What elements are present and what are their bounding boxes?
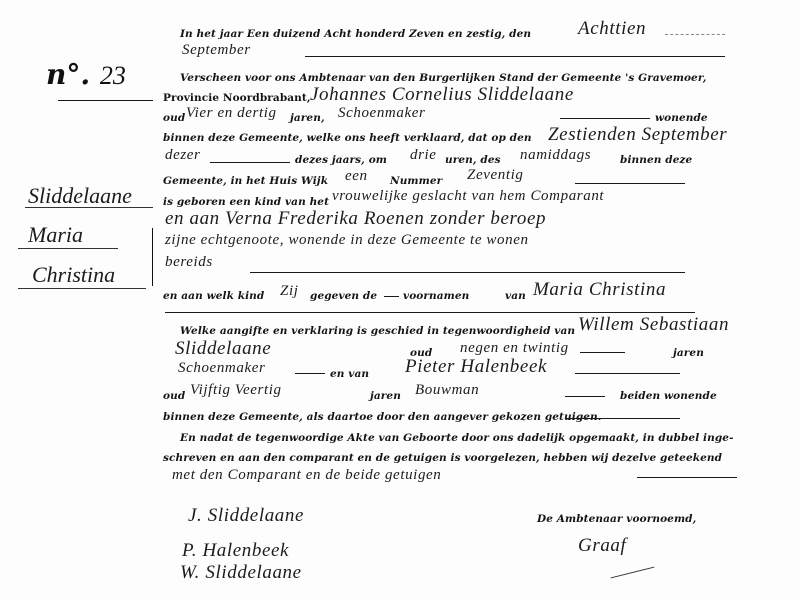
fill-line <box>210 162 290 163</box>
printed-text: oud <box>163 390 185 402</box>
official-label: De Ambtenaar voornoemd, <box>537 513 696 525</box>
signature-official: Graaf <box>578 535 626 557</box>
document-page: n°. 23 Sliddelaane Maria Christina In he… <box>0 0 800 600</box>
printed-text: Welke aangifte en verklaring is geschied… <box>180 325 575 337</box>
fill-line <box>305 56 725 57</box>
printed-text: voornamen <box>403 290 469 302</box>
handwritten-child-names: Maria Christina <box>533 279 666 301</box>
handwritten-father-name: Johannes Cornelius Sliddelaane <box>310 84 574 106</box>
printed-text: oud <box>163 112 185 124</box>
printed-text: jaren, <box>290 112 325 124</box>
record-number-value: 23 <box>100 61 126 90</box>
margin-surname: Sliddelaane <box>28 183 132 209</box>
handwritten-witness-2-age: Vijftig Veertig <box>190 382 282 399</box>
record-number-underline <box>58 100 153 101</box>
fill-line <box>580 352 625 353</box>
record-number: n°. 23 <box>46 58 126 91</box>
printed-text: van <box>505 290 526 302</box>
handwritten-witness-1-age: negen en twintig <box>460 340 569 357</box>
fill-line <box>560 118 650 119</box>
printed-text: en van <box>330 368 369 380</box>
margin-underline <box>25 207 153 208</box>
fill-line <box>565 418 680 419</box>
printed-text: binnen deze Gemeente, als daartoe door d… <box>163 411 602 423</box>
handwritten-house-number: Zeventig <box>467 167 523 184</box>
handwritten-text: dezer <box>165 147 201 164</box>
margin-given-name-2: Christina <box>32 262 115 288</box>
handwritten-pronoun: Zij <box>280 283 298 300</box>
handwritten-day: Achttien <box>578 18 646 40</box>
handwritten-mother-status: zijne echtgenoote, wonende in deze Gemee… <box>165 232 529 249</box>
fill-line <box>637 477 737 478</box>
printed-text: Provincie Noordbrabant, <box>163 92 311 104</box>
printed-text: binnen deze <box>620 154 692 166</box>
handwritten-sex-and-parent: vrouwelijke geslacht van hem Comparant <box>332 188 604 205</box>
margin-given-name-1: Maria <box>28 222 83 248</box>
signature-witness-2: W. Sliddelaane <box>180 562 302 584</box>
printed-text: is geboren een kind van het <box>163 196 329 208</box>
fill-line <box>575 373 680 374</box>
printed-text: Verscheen voor ons Ambtenaar van den Bur… <box>180 72 706 84</box>
printed-text: wonende <box>655 112 708 124</box>
handwritten-time-of-day: namiddags <box>520 147 591 164</box>
handwritten-month: September <box>182 42 251 59</box>
handwritten-text: bereids <box>165 254 213 271</box>
signature-flourish <box>611 567 655 579</box>
handwritten-birth-date: Zestienden September <box>548 124 727 146</box>
printed-text: Nummer <box>390 175 442 187</box>
margin-bracket <box>152 228 153 286</box>
handwritten-witness-2-occupation: Bouwman <box>415 382 479 399</box>
printed-text: beiden wonende <box>620 390 717 402</box>
printed-text: dezes jaars, om <box>295 154 387 166</box>
handwritten-witness-2: Pieter Halenbeek <box>405 356 547 378</box>
printed-text: Gemeente, in het Huis Wijk <box>163 175 328 187</box>
printed-text: binnen deze Gemeente, welke ons heeft ve… <box>163 132 532 144</box>
handwritten-signing-note: met den Comparant en de beide getuigen <box>172 467 441 484</box>
fill-line <box>665 34 725 35</box>
fill-line <box>165 312 695 313</box>
printed-text: En nadat de tegenwoordige Akte van Geboo… <box>180 432 734 444</box>
handwritten-father-age: Vier en dertig <box>186 105 277 122</box>
handwritten-witness-1: Willem Sebastiaan <box>578 314 729 336</box>
handwritten-witness-1-occupation: Schoenmaker <box>178 360 265 377</box>
signature-witness-1: P. Halenbeek <box>182 540 289 562</box>
handwritten-mother: en aan Verna Frederika Roenen zonder ber… <box>165 208 546 230</box>
handwritten-witness-1-surname: Sliddelaane <box>175 338 271 360</box>
printed-text: schreven en aan den comparant en de getu… <box>163 452 722 464</box>
printed-text: In het jaar Een duizend Acht honderd Zev… <box>180 28 531 40</box>
printed-text: jaren <box>673 347 704 359</box>
handwritten-wijk: een <box>345 168 368 185</box>
fill-line <box>575 183 685 184</box>
fill-line <box>295 373 325 374</box>
printed-text: gegeven de <box>310 290 377 302</box>
margin-underline <box>18 288 146 289</box>
fill-line <box>565 396 605 397</box>
handwritten-hour: drie <box>410 147 437 164</box>
printed-text: uren, des <box>445 154 501 166</box>
fill-line <box>250 272 685 273</box>
signature-father: J. Sliddelaane <box>188 505 304 527</box>
printed-text: jaren <box>370 390 401 402</box>
fill-line <box>384 296 399 297</box>
margin-underline <box>18 248 118 249</box>
printed-text: en aan welk kind <box>163 290 264 302</box>
handwritten-father-occupation: Schoenmaker <box>338 105 425 122</box>
record-number-label: n°. <box>46 58 90 91</box>
